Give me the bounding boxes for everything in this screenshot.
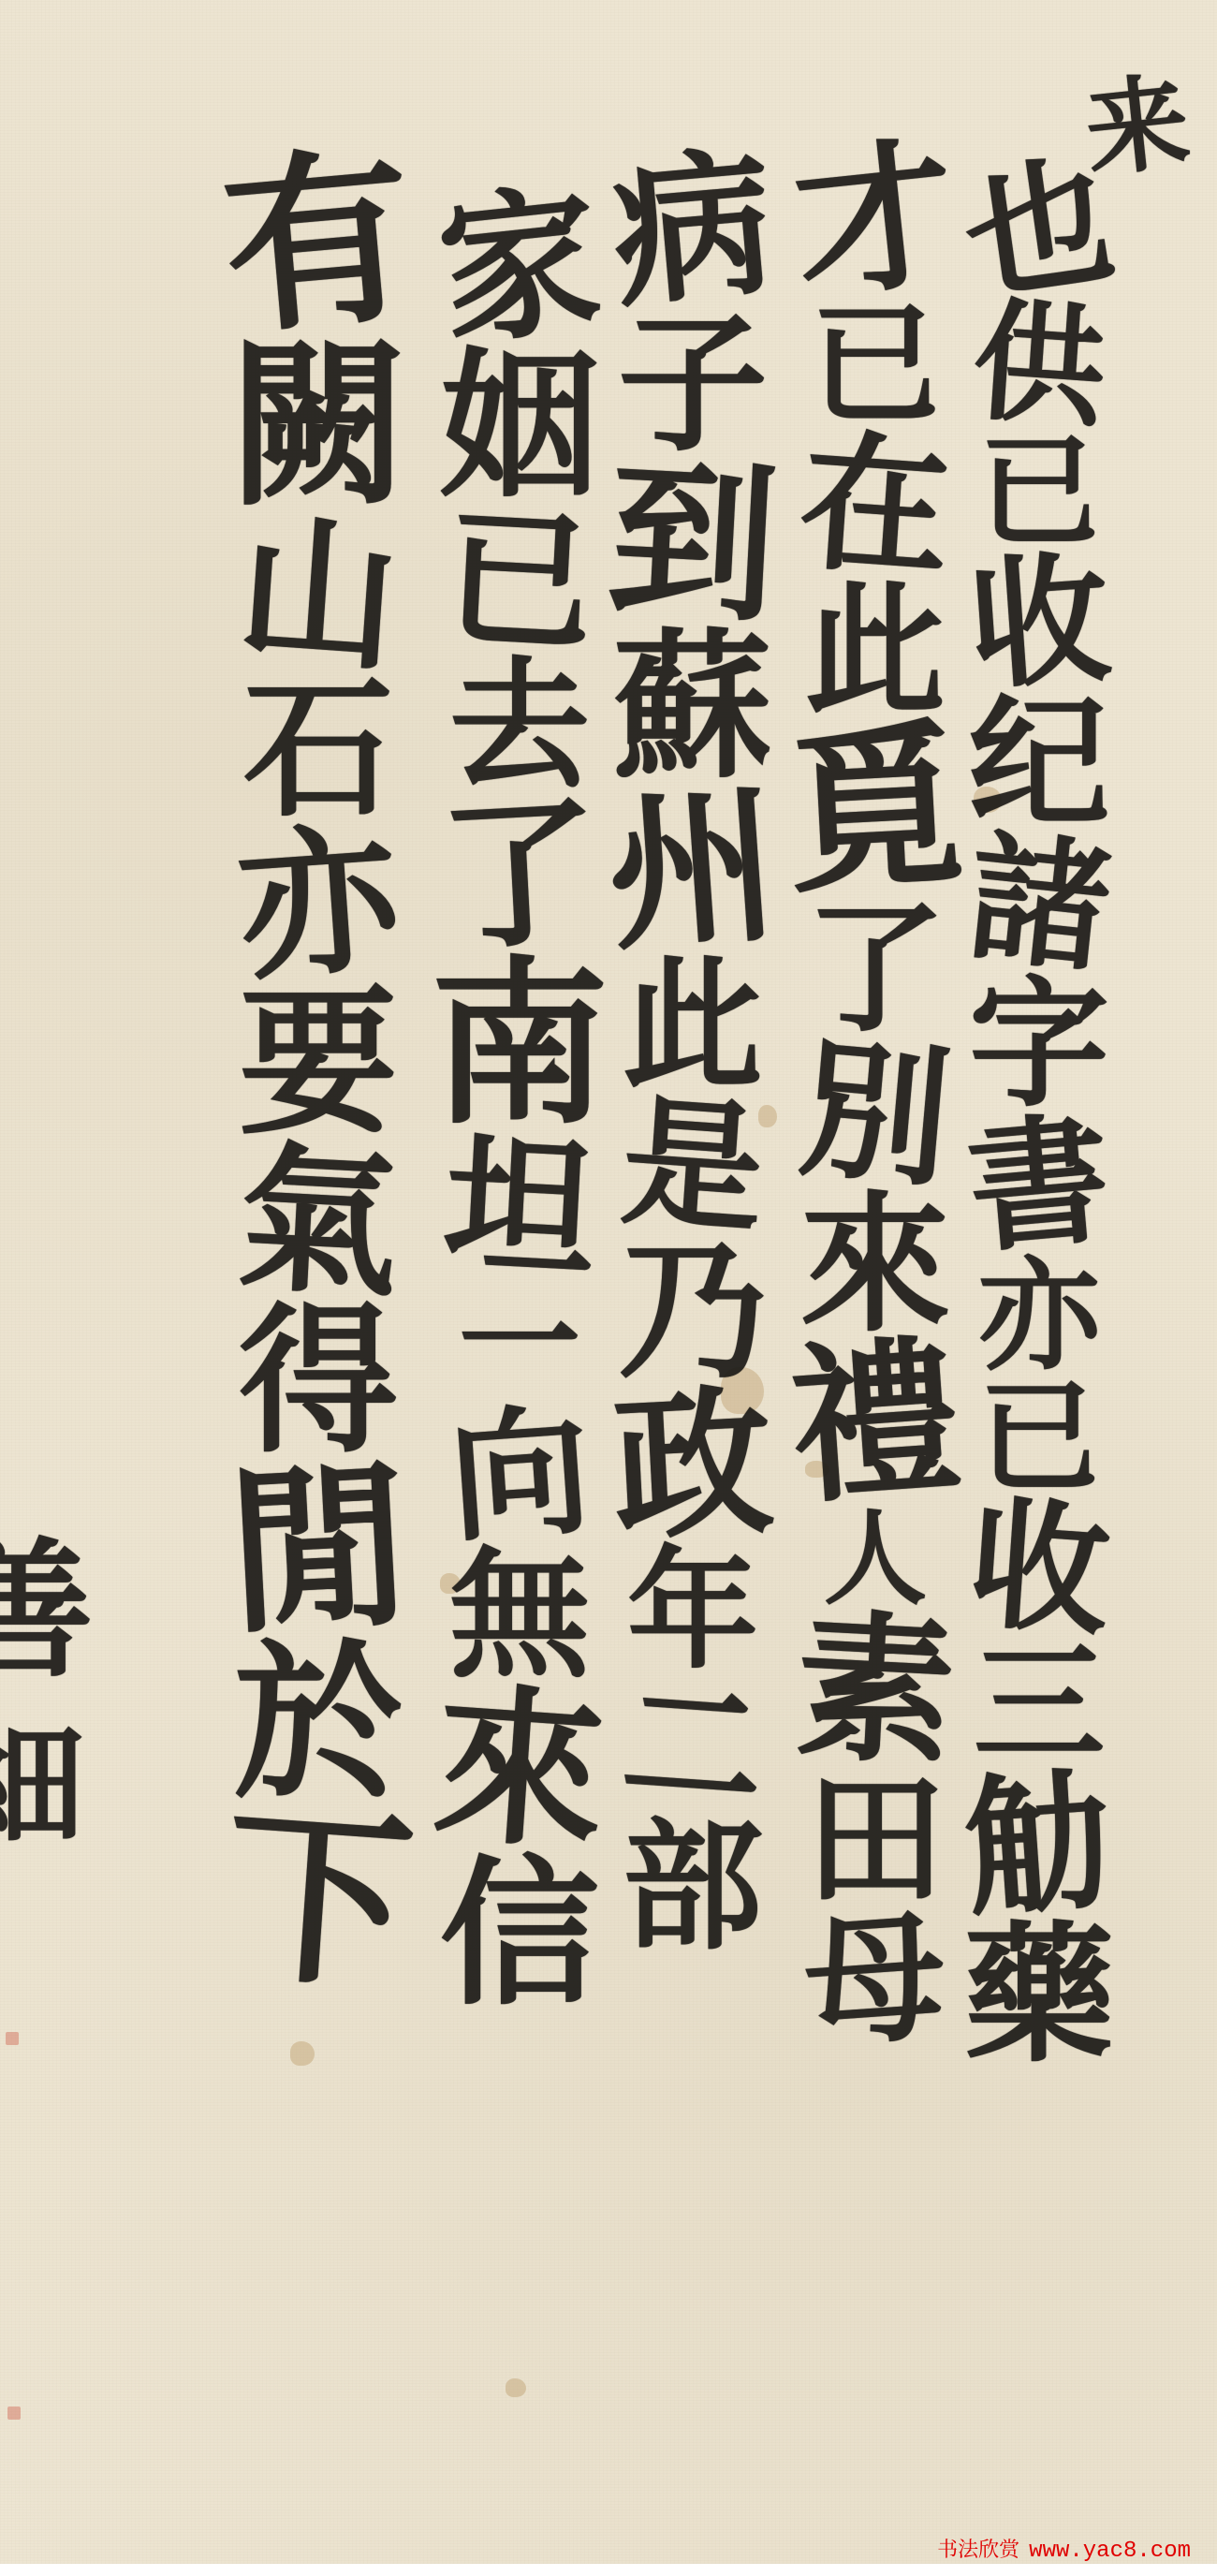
calligraphy-character: 善 [0, 1536, 94, 1685]
calligraphy-character: 二 [618, 1671, 768, 1821]
watermark-url: www.yac8.com [1029, 2539, 1191, 2564]
calligraphy-character: 亦 [978, 1255, 1100, 1376]
calligraphy-character: 已 [978, 1376, 1100, 1498]
watermark-label: 书法欣赏 [937, 2539, 1019, 2562]
calligraphy-character: 諸 [962, 827, 1117, 981]
seal-mark-trace [6, 2032, 19, 2045]
calligraphy-character: 部 [623, 1817, 763, 1957]
calligraphy-character: 家 [433, 180, 608, 355]
calligraphy-character: 闕 [229, 337, 407, 515]
calligraphy-scroll: 来 也 供 已 收 纪 諸 字 書 亦 已 收 三 觔 藥 才 已 在 此 覓 … [0, 0, 1217, 2564]
calligraphy-character: 字 [969, 974, 1109, 1114]
calligraphy-character: 信 [440, 1854, 599, 2013]
calligraphy-character: 別 [794, 1033, 956, 1195]
calligraphy-character: 氣 [235, 1139, 403, 1306]
calligraphy-character: 覓 [782, 716, 969, 904]
calligraphy-character: 有 [217, 142, 420, 346]
calligraphy-character: 收 [964, 1494, 1114, 1643]
seal-mark-trace [7, 2407, 21, 2420]
calligraphy-character: 藥 [964, 1920, 1114, 2069]
site-watermark: 书法欣赏www.yac8.com [937, 2534, 1191, 2564]
calligraphy-character: 乃 [618, 1236, 768, 1386]
calligraphy-column-5: 家 姻 已 去 了 南 坦 一 向 無 來 信 [431, 187, 608, 2013]
calligraphy-character: 已 [978, 431, 1100, 552]
calligraphy-character: 年 [627, 1545, 758, 1676]
calligraphy-character: 田 [805, 1770, 946, 1910]
calligraphy-character: 三 [974, 1639, 1105, 1770]
calligraphy-column-7: 善 細 [0, 1536, 94, 1854]
calligraphy-character: 已 [810, 300, 941, 431]
calligraphy-character: 了 [805, 899, 946, 1039]
paper-stain [506, 2378, 526, 2397]
calligraphy-character: 要 [239, 983, 398, 1142]
calligraphy-character: 坦 [441, 1129, 598, 1287]
calligraphy-character: 收 [964, 548, 1114, 698]
calligraphy-character: 子 [618, 309, 768, 459]
calligraphy-character: 才 [788, 133, 963, 308]
calligraphy-character: 山 [233, 509, 403, 679]
calligraphy-character: 來 [430, 1680, 609, 1860]
calligraphy-character: 向 [445, 1400, 594, 1550]
calligraphy-character: 供 [969, 295, 1108, 434]
calligraphy-column-3: 才 已 在 此 覓 了 別 來 禮 人 素 田 母 [786, 140, 964, 2051]
paper-stain [290, 2041, 315, 2066]
calligraphy-character: 於 [234, 1639, 403, 1807]
calligraphy-character: 南 [431, 955, 608, 1133]
calligraphy-character: 蘇 [613, 627, 772, 787]
calligraphy-character: 姻 [440, 346, 599, 506]
calligraphy-character: 此 [623, 955, 763, 1096]
calligraphy-character: 禮 [785, 1333, 965, 1513]
calligraphy-character: 了 [436, 792, 604, 960]
calligraphy-character: 來 [800, 1189, 950, 1339]
calligraphy-character: 政 [609, 1382, 777, 1550]
calligraphy-character: 已 [441, 502, 598, 659]
calligraphy-column-6: 有 闕 山 石 亦 要 氣 得 閒 於 下 [225, 150, 412, 1995]
calligraphy-character: 閒 [225, 1456, 412, 1643]
calligraphy-character: 到 [604, 454, 781, 631]
calligraphy-character: 下 [218, 1801, 418, 2000]
calligraphy-column-4: 病 子 到 蘇 州 此 是 乃 政 年 二 部 [608, 150, 777, 1957]
calligraphy-character: 一 [459, 1283, 580, 1405]
calligraphy-character: 纪 [969, 693, 1109, 833]
calligraphy-character: 素 [792, 1607, 960, 1774]
calligraphy-column-2: 也 供 已 收 纪 諸 字 書 亦 已 收 三 觔 藥 [964, 159, 1114, 2069]
calligraphy-character: 母 [800, 1906, 950, 2055]
calligraphy-character: 州 [603, 781, 783, 961]
calligraphy-character: 亦 [233, 818, 403, 988]
calligraphy-character: 得 [239, 1302, 398, 1461]
calligraphy-character: 去 [449, 655, 590, 796]
calligraphy-character: 是 [618, 1091, 768, 1241]
calligraphy-character: 書 [963, 1109, 1116, 1261]
calligraphy-character: 細 [0, 1723, 84, 1854]
calligraphy-character: 病 [607, 143, 779, 316]
calligraphy-character: 無 [449, 1545, 590, 1685]
calligraphy-character: 此 [805, 581, 946, 721]
calligraphy-character: 觔 [960, 1765, 1120, 1925]
calligraphy-character: 石 [243, 674, 393, 824]
calligraphy-character: 在 [796, 426, 956, 586]
